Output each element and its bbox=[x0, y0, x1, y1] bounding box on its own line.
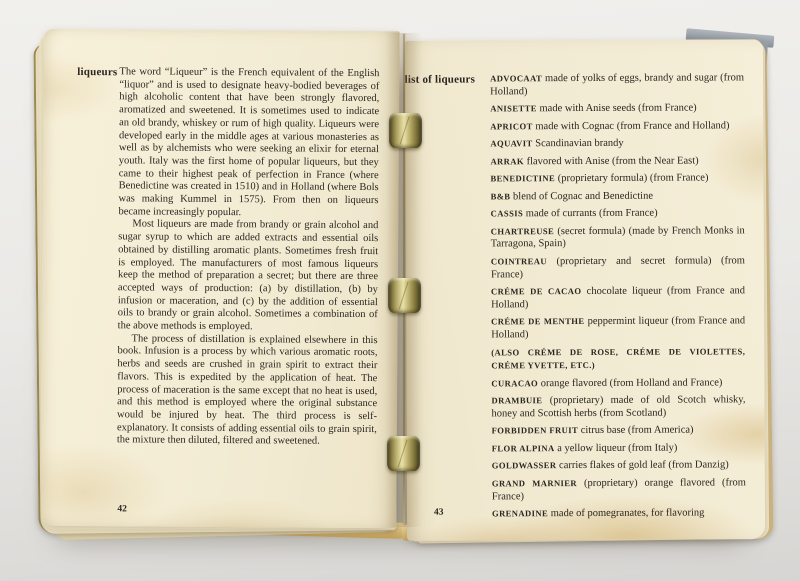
list-item: FLOR ALPINA a yellow liqueur (from Italy… bbox=[492, 441, 746, 456]
liqueur-term: GRAND MARNIER bbox=[492, 478, 577, 488]
list-item: FORBIDDEN FRUIT citrus base (from Americ… bbox=[492, 424, 746, 439]
book-photo: liqueurs The word “Liqueur” is the Frenc… bbox=[0, 0, 800, 581]
liqueur-description: blend of Cognac and Benedictine bbox=[513, 190, 653, 202]
liqueur-term: BENEDICTINE bbox=[490, 173, 555, 183]
paragraph: Most liqueurs are made from brandy or gr… bbox=[118, 219, 379, 335]
page-number-right: 43 bbox=[434, 508, 444, 518]
liqueur-term: DRAMBUIE bbox=[491, 395, 542, 405]
liqueur-term: CRÉME DE CACAO bbox=[491, 286, 581, 296]
list-item: CASSIS made of currants (from France) bbox=[491, 207, 745, 222]
liqueur-term: ADVOCAAT bbox=[490, 73, 542, 83]
liqueur-term: B&B bbox=[491, 191, 511, 201]
left-page: liqueurs The word “Liqueur” is the Frenc… bbox=[40, 29, 399, 528]
list-item: BENEDICTINE (proprietary formula) (from … bbox=[490, 172, 744, 187]
liqueur-term: CHARTREUSE bbox=[491, 226, 554, 236]
binder-ring-icon bbox=[389, 113, 422, 148]
liqueur-description: carries flakes of gold leaf (from Danzig… bbox=[559, 460, 729, 472]
liqueur-description: made with Anise seeds (from France) bbox=[539, 103, 696, 115]
list-item: CRÉME DE CACAO chocolate liqueur (from F… bbox=[491, 284, 745, 312]
list-item: ARRAK flavored with Anise (from the Near… bbox=[490, 154, 744, 169]
list-item: ANISETTE made with Anise seeds (from Fra… bbox=[490, 102, 744, 117]
liqueur-term: (ALSO CRÉME DE ROSE, CRÉME DE VIOLETTES,… bbox=[491, 346, 745, 371]
right-page: list of liqueurs ADVOCAAT made of yolks … bbox=[405, 39, 765, 541]
liqueur-description: orange flavored (from Holland and France… bbox=[541, 377, 723, 389]
liqueur-description: made with Cognac (from France and Hollan… bbox=[535, 120, 729, 132]
liqueur-term: CRÉME DE MENTHE bbox=[491, 316, 584, 326]
list-item: (ALSO CRÉME DE ROSE, CRÉME DE VIOLETTES,… bbox=[491, 345, 745, 374]
page-number-left: 42 bbox=[117, 504, 127, 514]
liqueur-description: a yellow liqueur (from Italy) bbox=[557, 443, 677, 455]
list-item: B&B blend of Cognac and Benedictine bbox=[491, 189, 745, 204]
liqueur-term: FLOR ALPINA bbox=[492, 443, 555, 453]
liqueur-term: APRICOT bbox=[490, 121, 532, 131]
liqueur-term: FORBIDDEN FRUIT bbox=[492, 425, 578, 435]
liqueur-description: made of currants (from France) bbox=[526, 208, 658, 220]
liqueur-term: COINTREAU bbox=[491, 256, 547, 266]
liqueur-term: CURACAO bbox=[491, 378, 538, 388]
liqueur-description: (proprietary formula) (from France) bbox=[558, 173, 709, 185]
list-item: GRAND MARNIER (proprietary) orange flavo… bbox=[492, 476, 746, 504]
paragraph: The process of distillation is explained… bbox=[117, 333, 378, 449]
left-page-body: The word “Liqueur” is the French equival… bbox=[117, 66, 380, 449]
paragraph: The word “Liqueur” is the French equival… bbox=[118, 66, 379, 220]
liqueur-description: citrus base (from America) bbox=[581, 425, 694, 436]
list-item: APRICOT made with Cognac (from France an… bbox=[490, 119, 744, 134]
list-item: CHARTREUSE (secret formula) (made by Fre… bbox=[491, 224, 745, 252]
list-item: CURACAO orange flavored (from Holland an… bbox=[491, 376, 745, 391]
list-item: GOLDWASSER carries flakes of gold leaf (… bbox=[492, 459, 746, 474]
liqueur-term: ANISETTE bbox=[490, 103, 537, 113]
liqueur-term: GRENADINE bbox=[492, 508, 548, 518]
left-page-heading: liqueurs bbox=[77, 66, 117, 79]
list-item: CRÉME DE MENTHE peppermint liqueur (from… bbox=[491, 315, 745, 343]
liqueur-description: made of pomegranates, for flavoring bbox=[551, 508, 705, 520]
liqueur-description: flavored with Anise (from the Near East) bbox=[527, 155, 699, 167]
list-item: ADVOCAAT made of yolks of eggs, brandy a… bbox=[490, 71, 744, 99]
list-item: GRENADINE made of pomegranates, for flav… bbox=[492, 506, 746, 521]
list-item: DRAMBUIE (proprietary) made of old Scotc… bbox=[491, 394, 745, 422]
binder-ring-icon bbox=[388, 278, 421, 313]
liqueur-description: Scandinavian brandy bbox=[535, 138, 623, 149]
list-item: AQUAVIT Scandinavian brandy bbox=[490, 137, 744, 152]
liqueur-list: ADVOCAAT made of yolks of eggs, brandy a… bbox=[490, 71, 746, 525]
liqueur-term: CASSIS bbox=[491, 208, 524, 218]
liqueur-term: GOLDWASSER bbox=[492, 461, 557, 471]
list-item: COINTREAU (proprietary and secret formul… bbox=[491, 254, 745, 282]
binder-ring-icon bbox=[387, 436, 420, 471]
liqueur-term: AQUAVIT bbox=[490, 138, 532, 148]
liqueur-term: ARRAK bbox=[490, 156, 524, 166]
